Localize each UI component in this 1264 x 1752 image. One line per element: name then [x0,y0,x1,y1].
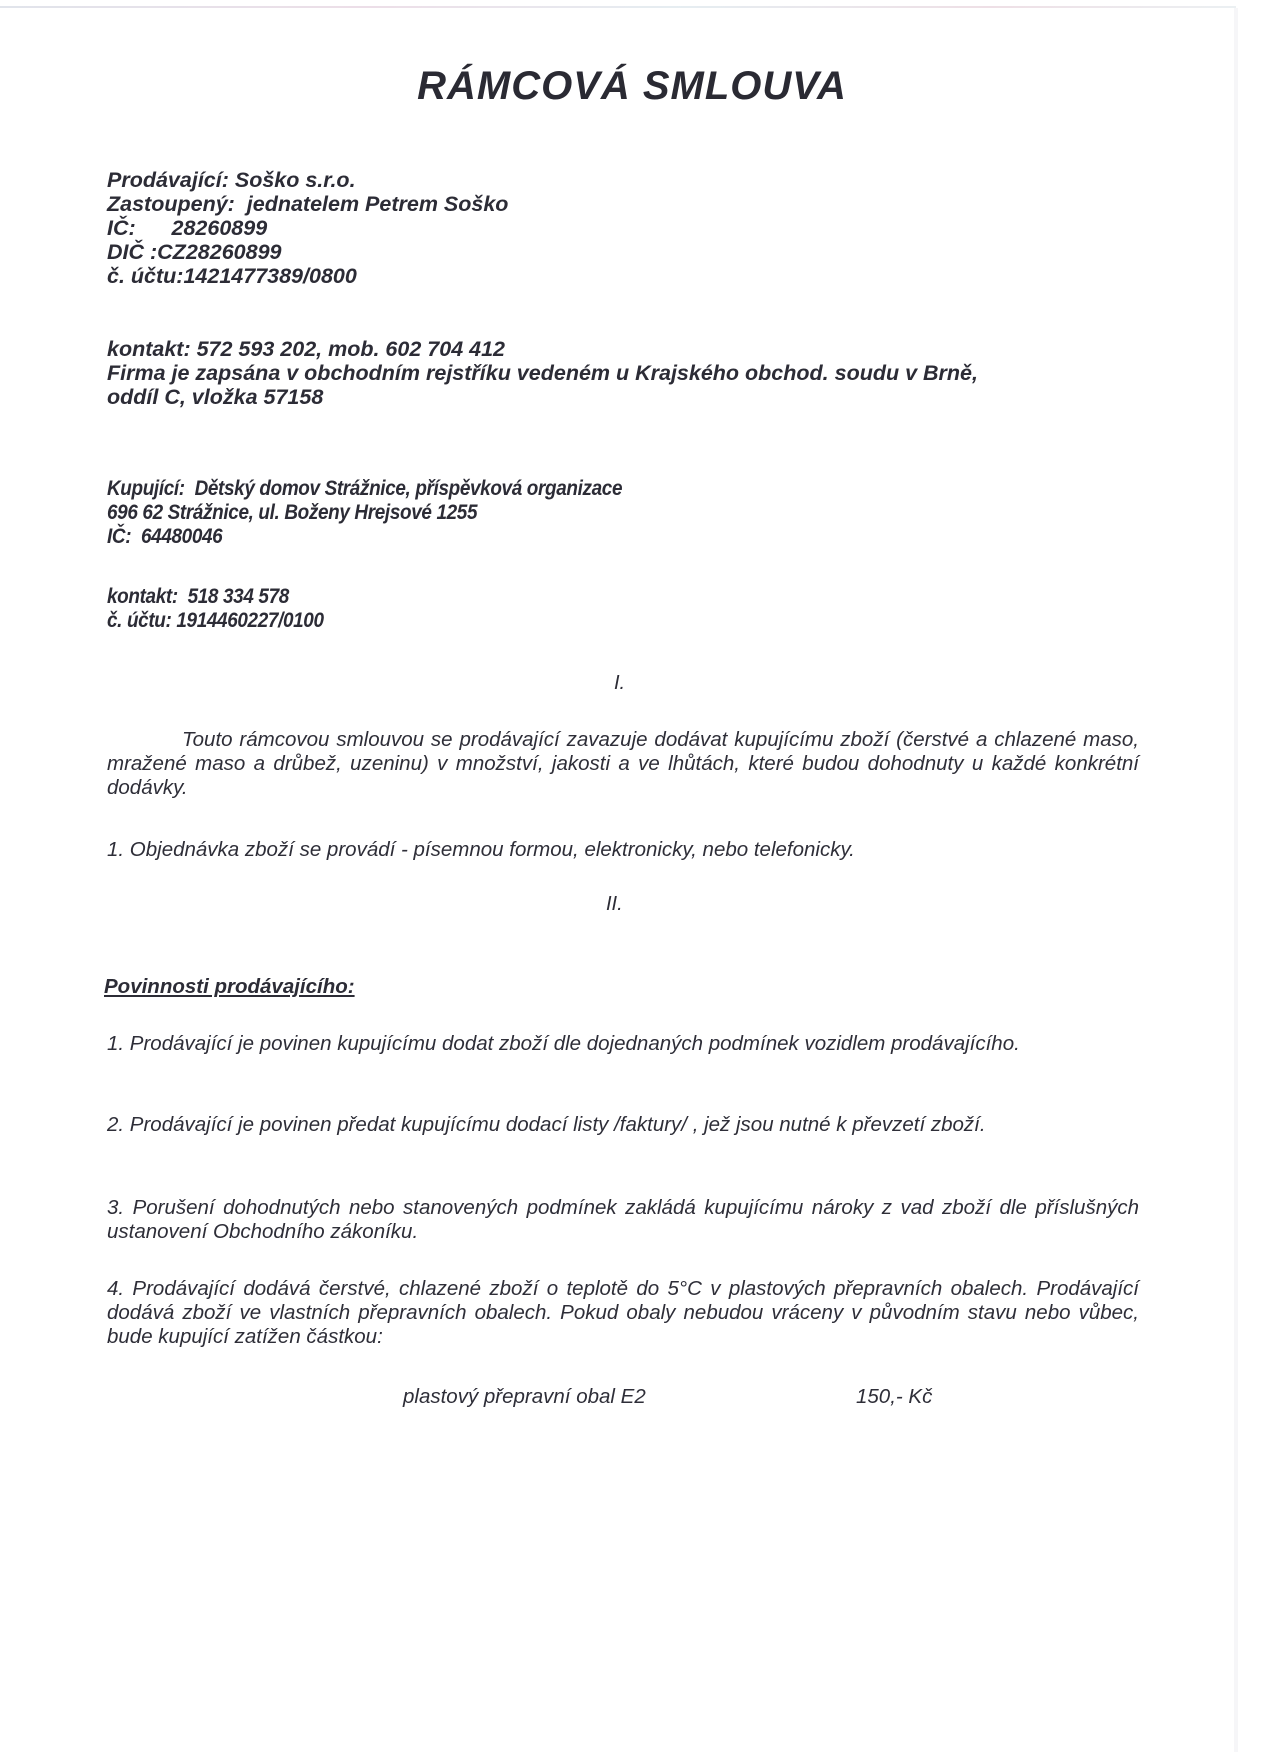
section-number-1: I. [614,672,625,695]
seller-registry-section: oddíl C, vložka 57158 [107,385,978,409]
buyer-account: č. účtu: 1914460227/0100 [107,608,324,632]
seller-block: Prodávající: Soško s.r.o. Zastoupený: je… [107,168,508,288]
document-title: RÁMCOVÁ SMLOUVA [0,64,1264,109]
section-number-2: II. [606,893,623,916]
duty-clause-1: 1. Prodávající je povinen kupujícímu dod… [107,1032,1139,1056]
seller-representative: Zastoupený: jednatelem Petrem Soško [107,192,508,216]
buyer-ic: IČ: 64480046 [107,524,622,548]
packaging-fee-price: 150,- Kč [856,1385,932,1409]
seller-dic: DIČ :CZ28260899 [107,240,508,264]
seller-contact: kontakt: 572 593 202, mob. 602 704 412 [107,337,978,361]
seller-registry: Firma je zapsána v obchodním rejstříku v… [107,361,978,385]
seller-name: Prodávající: Soško s.r.o. [107,168,508,192]
seller-contact-block: kontakt: 572 593 202, mob. 602 704 412 F… [107,337,978,409]
scan-edge-top [0,6,1236,8]
duty-clause-2: 2. Prodávající je povinen předat kupujíc… [107,1113,1139,1137]
order-clause: 1. Objednávka zboží se provádí - písemno… [107,838,1139,862]
buyer-address: 696 62 Strážnice, ul. Boženy Hrejsové 12… [107,500,622,524]
section-1-intro: Touto rámcovou smlouvou se prodávající z… [107,728,1139,800]
duty-clause-4: 4. Prodávající dodává čerstvé, chlazené … [107,1277,1139,1349]
seller-duties-heading: Povinnosti prodávajícího: [104,975,355,999]
buyer-name: Kupující: Dětský domov Strážnice, příspě… [107,476,622,500]
seller-ic: IČ: 28260899 [107,216,508,240]
buyer-contact: kontakt: 518 334 578 [107,584,324,608]
buyer-contact-block: kontakt: 518 334 578 č. účtu: 1914460227… [107,584,353,632]
duty-clause-3: 3. Porušení dohodnutých nebo stanovených… [107,1196,1139,1244]
scan-edge-right [1234,8,1238,1752]
seller-account: č. účtu:1421477389/0800 [107,264,508,288]
packaging-fee-item: plastový přepravní obal E2 [403,1385,646,1409]
buyer-block: Kupující: Dětský domov Strážnice, příspě… [107,476,692,548]
